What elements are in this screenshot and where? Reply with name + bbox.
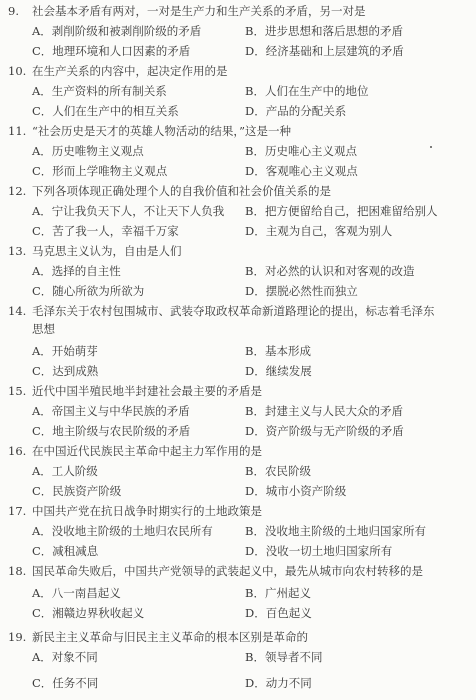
option-9-c: C．地理环境和人口因素的矛盾: [32, 44, 190, 58]
question-11: 11.“社会历史是天才的英雄人物活动的结果，”这是一种: [8, 124, 291, 138]
question-number: 14.: [8, 304, 32, 318]
question-9: 9.社会基本矛盾有两对，一对是生产力和生产关系的矛盾，另一对是: [8, 4, 366, 18]
question-number: 17.: [8, 504, 32, 518]
option-15-a: A．帝国主义与中华民族的矛盾: [32, 404, 190, 418]
option-12-c: C．苦了我一人，幸福千万家: [32, 224, 179, 238]
option-16-b: B．农民阶级: [245, 464, 311, 478]
question-stem: 毛泽东关于农村包围城市、武装夺取政权革命新道路理论的提出，标志着毛泽东: [32, 304, 435, 318]
question-stem: 在中国近代民族民主革命中起主力军作用的是: [32, 444, 262, 458]
question-stem: “社会历史是天才的英雄人物活动的结果，”这是一种: [32, 124, 291, 138]
question-number: 11.: [8, 124, 32, 138]
option-14-a: A．开始萌芽: [32, 344, 98, 358]
option-17-d: D．没收一切土地归国家所有: [245, 544, 392, 558]
question-stem: 下列各项体现正确处理个人的自我价值和社会价值关系的是: [32, 184, 331, 198]
exam-page: 9.社会基本矛盾有两对，一对是生产力和生产关系的矛盾，另一对是 A．剥削阶级和被…: [0, 0, 476, 700]
option-9-a: A．剥削阶级和被剥削阶级的矛盾: [32, 24, 201, 38]
option-10-d: D．产品的分配关系: [245, 104, 346, 118]
option-16-a: A．工人阶级: [32, 464, 98, 478]
question-13: 13.马克思主义认为，自由是人们: [8, 244, 182, 258]
option-19-d: D．动力不同: [245, 676, 312, 690]
option-11-a: A．历史唯物主义观点: [32, 144, 144, 158]
question-stem: 新民主主义革命与旧民主主义革命的根本区别是革命的: [32, 630, 308, 644]
question-stem: 中国共产党在抗日战争时期实行的土地政策是: [32, 504, 262, 518]
option-14-d: D．继续发展: [245, 364, 312, 378]
question-14-continuation: 思想: [32, 322, 55, 336]
question-number: 16.: [8, 444, 32, 458]
question-17: 17.中国共产党在抗日战争时期实行的土地政策是: [8, 504, 262, 518]
option-14-c: C．达到成熟: [32, 364, 98, 378]
question-stem: 社会基本矛盾有两对，一对是生产力和生产关系的矛盾，另一对是: [32, 4, 366, 18]
option-17-c: C．减租减息: [32, 544, 98, 558]
option-18-c: C．湘赣边界秋收起义: [32, 606, 144, 620]
option-12-d: D．主观为自己，客观为别人: [245, 224, 392, 238]
option-13-b: B．对必然的认识和对客观的改造: [245, 264, 414, 278]
option-19-c: C．任务不同: [32, 676, 98, 690]
question-14: 14.毛泽东关于农村包围城市、武装夺取政权革命新道路理论的提出，标志着毛泽东: [8, 304, 435, 318]
option-13-d: D．摆脱必然性而独立: [245, 284, 358, 298]
question-15: 15.近代中国半殖民地半封建社会最主要的矛盾是: [8, 384, 262, 398]
question-19: 19.新民主主义革命与旧民主主义革命的根本区别是革命的: [8, 630, 308, 644]
option-10-a: A．生产资料的所有制关系: [32, 84, 167, 98]
option-12-b: B．把方便留给自己，把困难留给别人: [245, 204, 437, 218]
option-16-d: D．城市小资产阶级: [245, 484, 346, 498]
option-13-a: A．选择的自主性: [32, 264, 121, 278]
question-18: 18.国民革命失败后，中国共产党领导的武装起义中，最先从城市向农村转移的是: [8, 564, 423, 578]
option-9-d: D．经济基础和上层建筑的矛盾: [245, 44, 404, 58]
question-stem: 近代中国半殖民地半封建社会最主要的矛盾是: [32, 384, 262, 398]
option-18-a: A．八一南昌起义: [32, 586, 121, 600]
option-15-b: B．封建主义与人民大众的矛盾: [245, 404, 403, 418]
question-stem: 马克思主义认为，自由是人们: [32, 244, 182, 258]
option-18-d: D．百色起义: [245, 606, 312, 620]
option-10-c: C．人们在生产中的相互关系: [32, 104, 179, 118]
option-11-d: D．客观唯心主义观点: [245, 164, 358, 178]
option-9-b: B．进步思想和落后思想的矛盾: [245, 24, 403, 38]
question-10: 10.在生产关系的内容中，起决定作用的是: [8, 64, 228, 78]
question-number: 19.: [8, 630, 32, 644]
question-number: 18.: [8, 564, 32, 578]
question-number: 13.: [8, 244, 32, 258]
question-number: 10.: [8, 64, 32, 78]
option-17-a: A．没收地主阶级的土地归农民所有: [32, 524, 213, 538]
question-stem: 在生产关系的内容中，起决定作用的是: [32, 64, 228, 78]
question-16: 16.在中国近代民族民主革命中起主力军作用的是: [8, 444, 262, 458]
option-16-c: C．民族资产阶级: [32, 484, 121, 498]
option-19-a: A．对象不同: [32, 650, 98, 664]
option-14-b: B．基本形成: [245, 344, 311, 358]
question-number: 15.: [8, 384, 32, 398]
option-10-b: B．人们在生产中的地位: [245, 84, 368, 98]
question-12: 12.下列各项体现正确处理个人的自我价值和社会价值关系的是: [8, 184, 331, 198]
option-11-b: B．历史唯心主义观点: [245, 144, 357, 158]
option-11-c: C．形而上学唯物主义观点: [32, 164, 167, 178]
question-number: 12.: [8, 184, 32, 198]
option-17-b: B．没收地主阶级的土地归国家所有: [245, 524, 426, 538]
option-18-b: B．广州起义: [245, 586, 311, 600]
stray-dot: [430, 146, 432, 148]
option-13-c: C．随心所欲为所欲为: [32, 284, 144, 298]
question-stem: 国民革命失败后，中国共产党领导的武装起义中，最先从城市向农村转移的是: [32, 564, 423, 578]
option-15-d: D．资产阶级与无产阶级的矛盾: [245, 424, 404, 438]
option-15-c: C．地主阶级与农民阶级的矛盾: [32, 424, 190, 438]
option-12-a: A．宁让我负天下人，不让天下人负我: [32, 204, 224, 218]
question-number: 9.: [8, 4, 32, 18]
option-19-b: B．领导者不同: [245, 650, 322, 664]
